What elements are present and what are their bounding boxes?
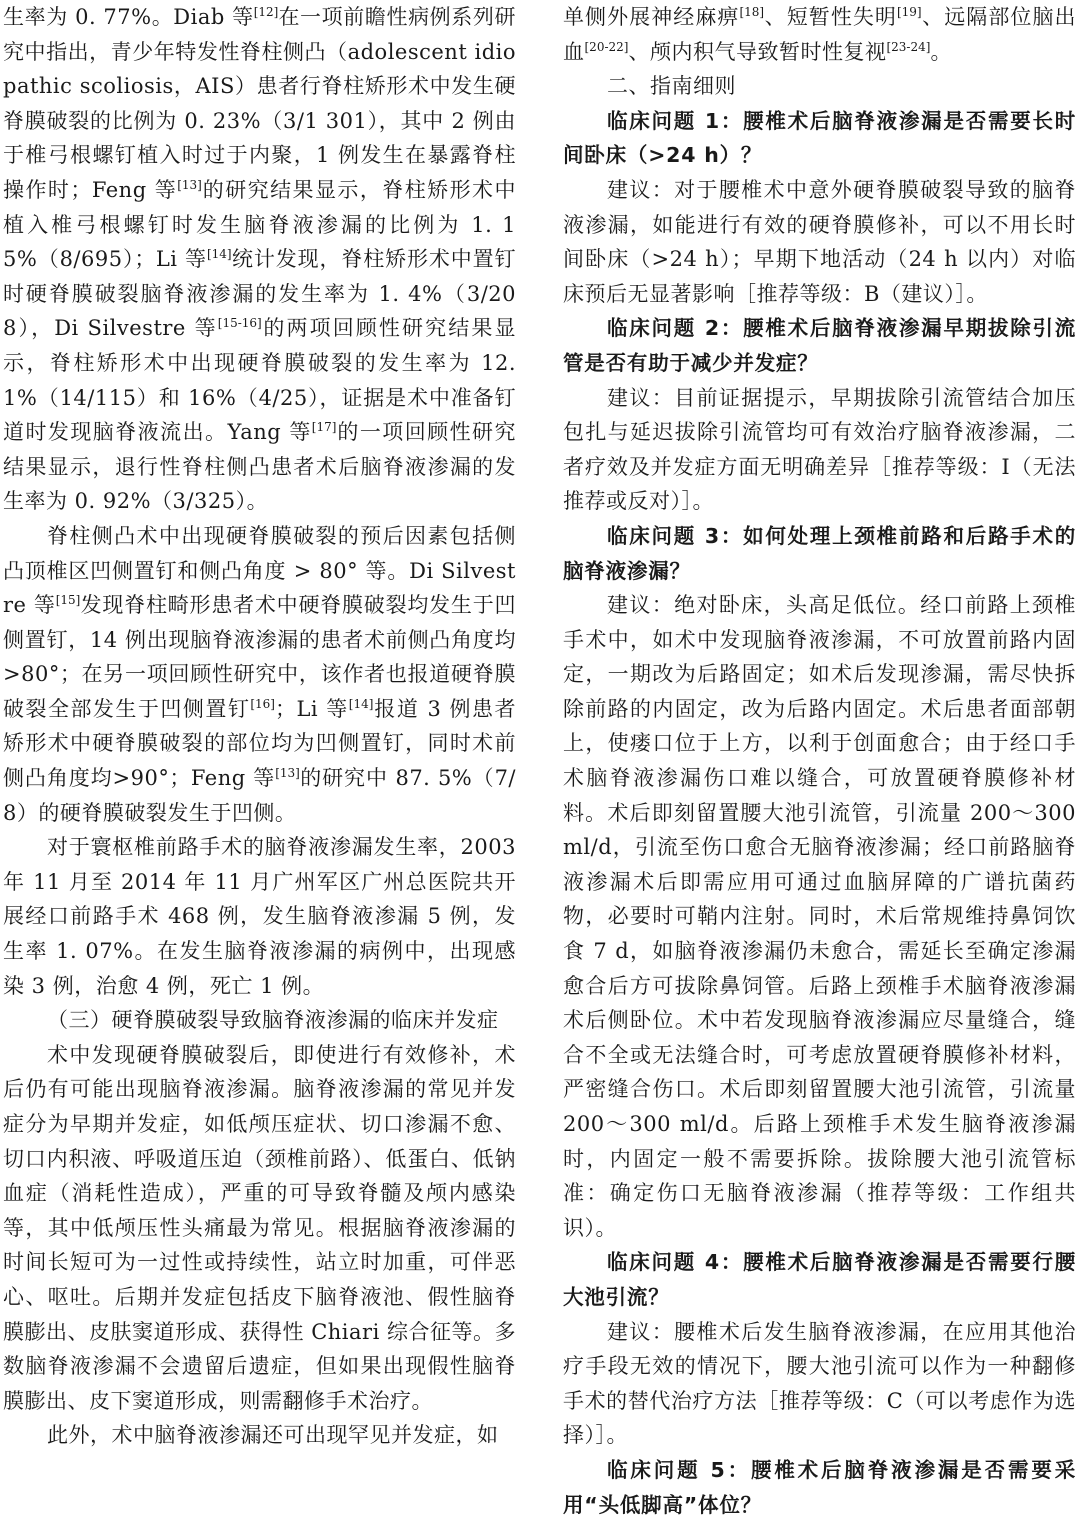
paragraph-rare-complications-continued: 单侧外展神经麻痹[18]、短暂性失明[19]、远隔部位脑出血[20-22]、颅内… xyxy=(563,0,1076,69)
citation: [17] xyxy=(312,420,337,434)
citation: [12] xyxy=(254,5,279,19)
citation: [20-22] xyxy=(585,40,629,54)
citation: [14] xyxy=(207,247,232,261)
clinical-question-3: 临床问题 3：如何处理上颈椎前路和后路手术的脑脊液渗漏？ xyxy=(563,519,1076,588)
citation: [15] xyxy=(56,593,81,607)
recommendation-3: 建议：绝对卧床，头高足低位。经口前路上颈椎手术中，如术中发现脑脊液渗漏，不可放置… xyxy=(563,588,1076,1245)
clinical-question-4: 临床问题 4：腰椎术后脑脊液渗漏是否需要行腰大池引流？ xyxy=(563,1245,1076,1314)
citation: [13] xyxy=(177,178,202,192)
paragraph-rare-complications: 此外，术中脑脊液渗漏还可出现罕见并发症，如 xyxy=(3,1418,516,1453)
citation: [18] xyxy=(739,5,764,19)
citation: [23-24] xyxy=(886,40,930,54)
paragraph-incidence-scoliosis: 生率为 0. 77%。Diab 等[12]在一项前瞻性病例系列研究中指出，青少年… xyxy=(3,0,516,519)
left-column: 生率为 0. 77%。Diab 等[12]在一项前瞻性病例系列研究中指出，青少年… xyxy=(3,0,516,1453)
citation: [15-16] xyxy=(218,316,262,330)
paragraph-atlantoaxial-incidence: 对于寰枢椎前路手术的脑脊液渗漏发生率，2003 年 11 月至 2014 年 1… xyxy=(3,830,516,1003)
citation: [16] xyxy=(250,697,275,711)
recommendation-2: 建议：目前证据提示，早期拔除引流管结合加压包扎与延迟拔除引流管均可有效治疗脑脊液… xyxy=(563,381,1076,519)
paragraph-complications: 术中发现硬脊膜破裂后，即使进行有效修补，术后仍有可能出现脑脊液渗漏。脑脊液渗漏的… xyxy=(3,1038,516,1419)
citation: [19] xyxy=(897,5,922,19)
right-column: 单侧外展神经麻痹[18]、短暂性失明[19]、远隔部位脑出血[20-22]、颅内… xyxy=(563,0,1076,1522)
clinical-question-5: 临床问题 5：腰椎术后脑脊液渗漏是否需要采用“头低脚高”体位？ xyxy=(563,1453,1076,1522)
section-heading: 二、指南细则 xyxy=(563,69,1076,104)
paragraph-prognostic-factors: 脊柱侧凸术中出现硬脊膜破裂的预后因素包括侧凸顶椎区凹侧置钉和侧凸角度 > 80°… xyxy=(3,519,516,830)
clinical-question-1: 临床问题 1：腰椎术后脑脊液渗漏是否需要长时间卧床（>24 h）？ xyxy=(563,104,1076,173)
recommendation-1: 建议：对于腰椎术中意外硬脊膜破裂导致的脑脊液渗漏，如能进行有效的硬脊膜修补，可以… xyxy=(563,173,1076,311)
recommendation-4: 建议：腰椎术后发生脑脊液渗漏，在应用其他治疗手段无效的情况下，腰大池引流可以作为… xyxy=(563,1315,1076,1453)
citation: [13] xyxy=(275,766,300,780)
citation: [14] xyxy=(349,697,374,711)
clinical-question-2: 临床问题 2：腰椎术后脑脊液渗漏早期拔除引流管是否有助于减少并发症？ xyxy=(563,311,1076,380)
subsection-heading: （三）硬脊膜破裂导致脑脊液渗漏的临床并发症 xyxy=(3,1003,516,1038)
